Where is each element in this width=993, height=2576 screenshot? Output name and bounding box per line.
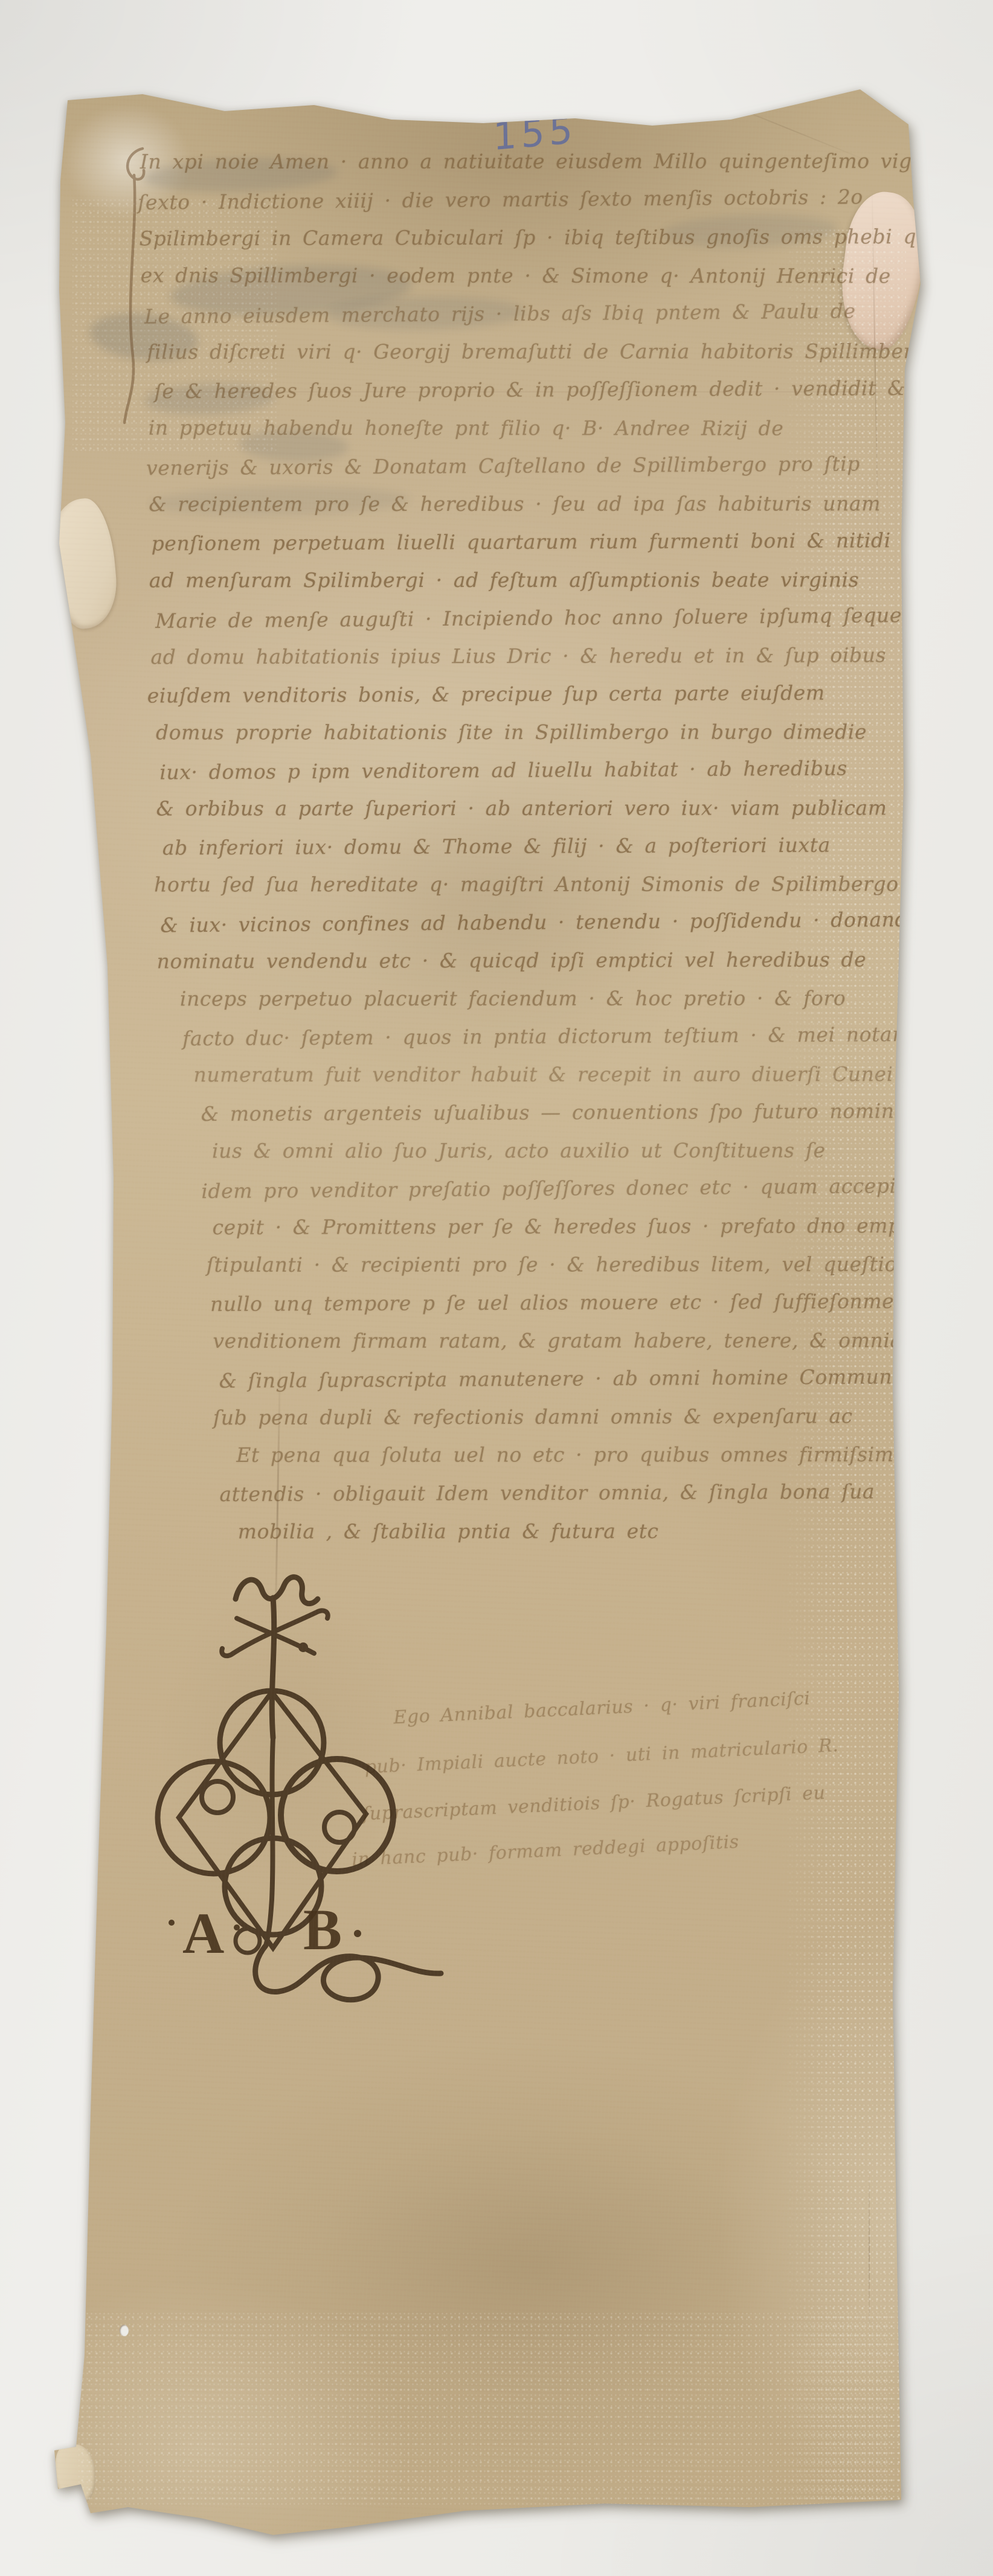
manuscript-line: ſuprascriptam venditiois ſp· Rogatus ſcr… bbox=[362, 1783, 826, 1825]
notary-attestation-block: Ego Annibal baccalarius · q· viri franci… bbox=[0, 0, 993, 2576]
manuscript-line: Ego Annibal baccalarius · q· viri franci… bbox=[393, 1688, 811, 1728]
parchment-shadow-wrap: 155 In xpi noie Amen · anno a natiuitate… bbox=[0, 0, 993, 2576]
initial-letter-a: A bbox=[182, 1901, 224, 1966]
initial-letter-b: B bbox=[303, 1897, 342, 1962]
scan-photo: 155 In xpi noie Amen · anno a natiuitate… bbox=[0, 0, 993, 2576]
manuscript-line: pub· Impiali aucte noto · uti in matricu… bbox=[364, 1735, 839, 1778]
notary-mark: A B bbox=[145, 1562, 411, 2045]
parchment-sheet: 155 In xpi noie Amen · anno a natiuitate… bbox=[0, 0, 993, 2576]
